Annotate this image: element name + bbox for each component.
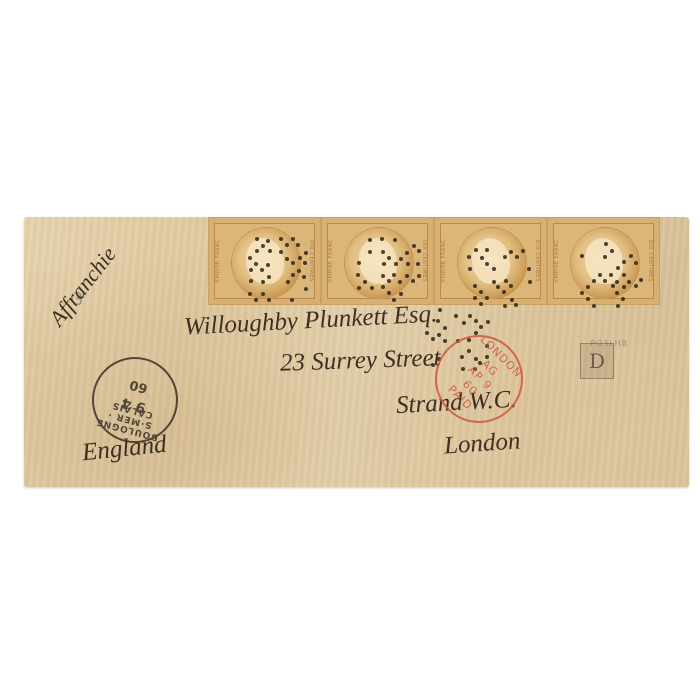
- addressee: Willoughby Plunkett Esq.: [183, 300, 438, 341]
- red-paid-postmark: LONDON AG AP 9 60 PAID: [417, 317, 541, 441]
- envelope: 3 EMPIRE FRANC DIX CENTIMES EMPIRE FRANC…: [24, 217, 689, 487]
- routing-note: Affranchie: [44, 242, 122, 331]
- napoleon-portrait-icon: [344, 227, 414, 299]
- stamp: EMPIRE FRANC DIX CENTIMES: [547, 217, 660, 305]
- stamp-right-inscription: DIX CENTIMES: [643, 230, 653, 292]
- street-address: 23 Surrey Street: [280, 344, 441, 378]
- stamp: EMPIRE FRANC DIX CENTIMES: [321, 217, 434, 305]
- stamp-left-inscription: EMPIRE FRANC: [441, 230, 451, 292]
- stamp: EMPIRE FRANC DIX CENTIMES: [434, 217, 547, 305]
- boxed-d-handstamp: D: [580, 343, 614, 379]
- stamp-left-inscription: EMPIRE FRANC: [215, 230, 225, 292]
- napoleon-portrait-icon: [457, 227, 527, 299]
- city: London: [443, 427, 521, 460]
- stamp-left-inscription: EMPIRE FRANC: [328, 230, 338, 292]
- stamp-right-inscription: DIX CENTIMES: [417, 230, 427, 292]
- stamp-strip: EMPIRE FRANC DIX CENTIMES EMPIRE FRANC D…: [208, 217, 660, 305]
- napoleon-portrait-icon: [570, 227, 640, 299]
- stamp-left-inscription: EMPIRE FRANC: [554, 230, 564, 292]
